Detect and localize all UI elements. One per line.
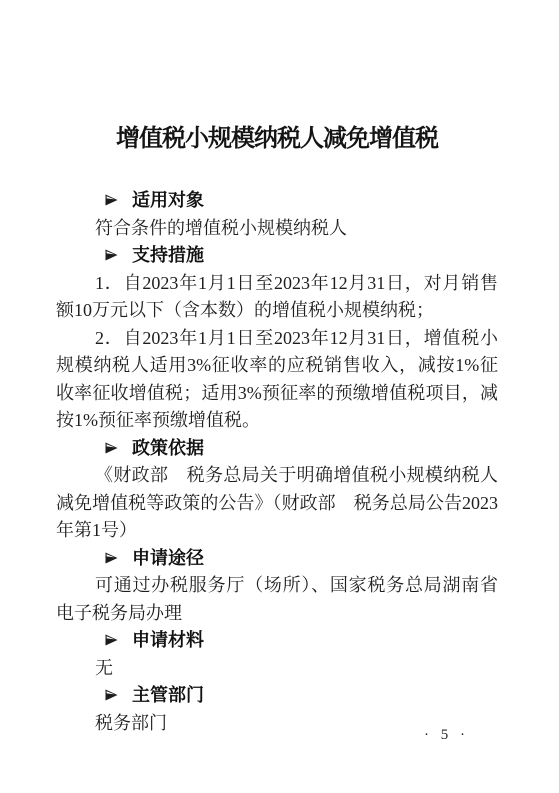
- section-support-measures: 支持措施 1．自2023年1月1日至2023年12月31日，对月销售额10万元以…: [56, 242, 498, 435]
- paragraph: 符合条件的增值税小规模纳税人: [56, 215, 498, 243]
- arrow-bullet-icon: [105, 248, 118, 261]
- section-applicable-targets: 适用对象 符合条件的增值税小规模纳税人: [56, 187, 498, 242]
- section-heading-label: 适用对象: [132, 190, 204, 210]
- section-heading-label: 申请材料: [132, 630, 204, 650]
- arrow-bullet-icon: [105, 551, 118, 564]
- document-content: 增值税小规模纳税人减免增值税 适用对象 符合条件的增值税小规模纳税人 支持措施 …: [56, 0, 498, 737]
- arrow-bullet-icon: [105, 633, 118, 646]
- section-heading-label: 主管部门: [132, 685, 204, 705]
- section-policy-basis: 政策依据 《财政部 税务总局关于明确增值税小规模纳税人减免增值税等政策的公告》（…: [56, 435, 498, 545]
- arrow-bullet-icon: [105, 688, 118, 701]
- section-application-channel: 申请途径 可通过办税服务厅（场所）、国家税务总局湖南省电子税务局办理: [56, 545, 498, 628]
- section-heading-label: 支持措施: [132, 245, 204, 265]
- paragraph: 可通过办税服务厅（场所）、国家税务总局湖南省电子税务局办理: [56, 572, 498, 627]
- arrow-bullet-icon: [105, 441, 118, 454]
- section-header: 申请途径: [56, 545, 498, 573]
- paragraph: 2．自2023年1月1日至2023年12月31日，增值税小规模纳税人适用3%征收…: [56, 325, 498, 435]
- document-title: 增值税小规模纳税人减免增值税: [56, 121, 498, 157]
- page-number: · 5 ·: [424, 726, 469, 744]
- section-application-materials: 申请材料 无: [56, 627, 498, 682]
- section-header: 适用对象: [56, 187, 498, 215]
- arrow-bullet-icon: [105, 193, 118, 206]
- document-page: 增值税小规模纳税人减免增值税 适用对象 符合条件的增值税小规模纳税人 支持措施 …: [0, 0, 559, 793]
- document-body: 适用对象 符合条件的增值税小规模纳税人 支持措施 1．自2023年1月1日至20…: [56, 187, 498, 737]
- paragraph: 1．自2023年1月1日至2023年12月31日，对月销售额10万元以下（含本数…: [56, 270, 498, 325]
- paragraph: 《财政部 税务总局关于明确增值税小规模纳税人减免增值税等政策的公告》（财政部 税…: [56, 462, 498, 545]
- section-header: 主管部门: [56, 682, 498, 710]
- paragraph: 无: [56, 655, 498, 683]
- section-header: 支持措施: [56, 242, 498, 270]
- section-header: 申请材料: [56, 627, 498, 655]
- section-header: 政策依据: [56, 435, 498, 463]
- section-heading-label: 申请途径: [132, 548, 204, 568]
- section-heading-label: 政策依据: [132, 438, 204, 458]
